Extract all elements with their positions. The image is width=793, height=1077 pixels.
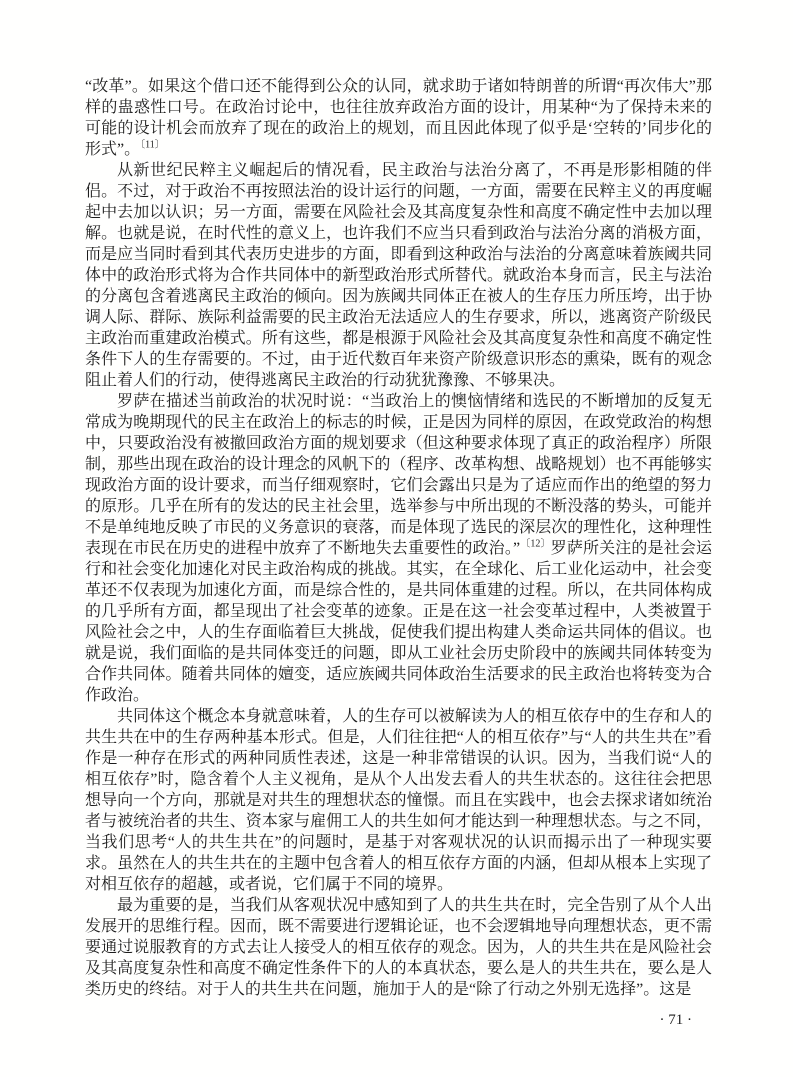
paragraph-text: 罗萨在描述当前政治的状况时说：“当政治上的懊恼情绪和选民的不断增加的反复无常成为…	[85, 393, 712, 557]
paragraph: 最为重要的是，当我们从客观状况中感知到了人的共生共在时，完全告别了从个人出发展开…	[85, 895, 712, 1000]
paragraph-text: 罗萨所关注的是社会运行和社会变化加速化对民主政治构成的挑战。其实，在全球化、后工…	[85, 540, 712, 704]
paragraph-text: 最为重要的是，当我们从客观状况中感知到了人的共生共在时，完全告别了从个人出发展开…	[85, 897, 712, 998]
page-footer: · 71 ·	[85, 1010, 712, 1031]
paragraph-text: “改革”。如果这个借口还不能得到公众的认同，就求助于诸如特朗普的所谓“再次伟大”…	[85, 78, 712, 158]
footnote-ref: 〔12〕	[520, 539, 551, 550]
paragraph: “改革”。如果这个借口还不能得到公众的认同，就求助于诸如特朗普的所谓“再次伟大”…	[85, 76, 712, 160]
paragraph-text: 共同体这个概念本身就意味着，人的生存可以被解读为人的相互依存中的生存和人的共生共…	[85, 708, 712, 893]
footnote-ref: 〔11〕	[140, 140, 165, 151]
paragraph: 罗萨在描述当前政治的状况时说：“当政治上的懊恼情绪和选民的不断增加的反复无常成为…	[85, 391, 712, 706]
page-number: · 71 ·	[660, 1012, 693, 1028]
document-page: “改革”。如果这个借口还不能得到公众的认同，就求助于诸如特朗普的所谓“再次伟大”…	[0, 0, 793, 1077]
paragraph-text: 从新世纪民粹主义崛起后的情况看，民主政治与法治分离了，不再是形影相随的伴侣。不过…	[85, 162, 712, 389]
article-body: “改革”。如果这个借口还不能得到公众的认同，就求助于诸如特朗普的所谓“再次伟大”…	[85, 76, 712, 1000]
paragraph: 共同体这个概念本身就意味着，人的生存可以被解读为人的相互依存中的生存和人的共生共…	[85, 706, 712, 895]
paragraph: 从新世纪民粹主义崛起后的情况看，民主政治与法治分离了，不再是形影相随的伴侣。不过…	[85, 160, 712, 391]
